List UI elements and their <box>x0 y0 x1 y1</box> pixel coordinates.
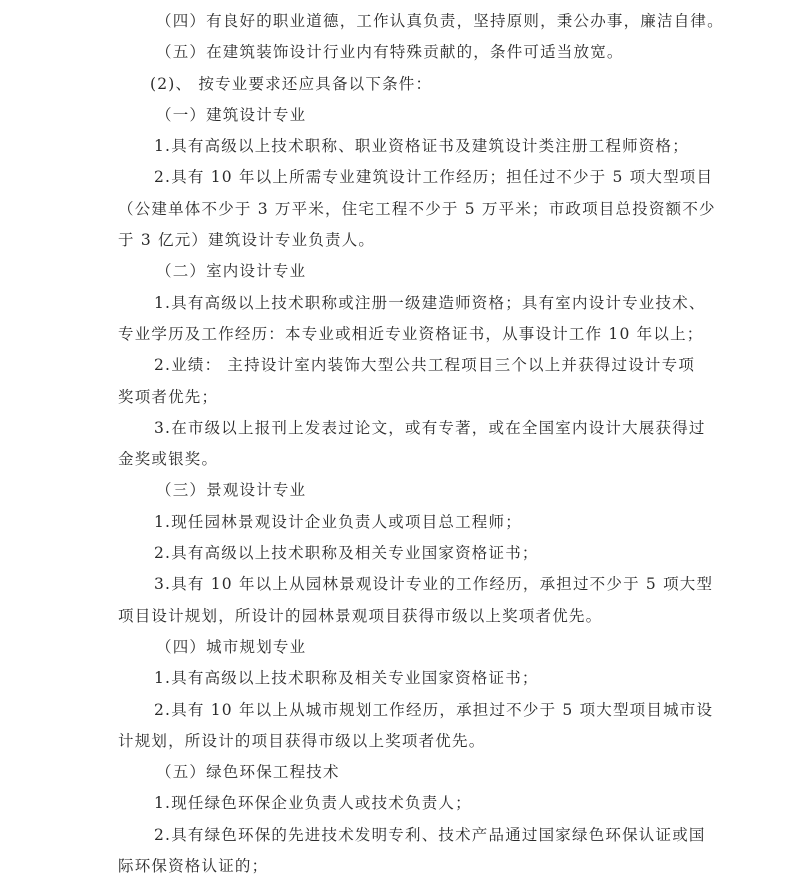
paragraph-line: 1.具有高级以上技术职称及相关专业国家资格证书； <box>118 663 676 694</box>
paragraph-line: 项目设计规划，所设计的园林景观项目获得市级以上奖项者优先。 <box>118 601 676 632</box>
paragraph-line: 专业学历及工作经历：本专业或相近专业资格证书，从事设计工作 10 年以上； <box>118 319 676 350</box>
section-heading-professional-requirements: (2)、 按专业要求还应具备以下条件： <box>118 69 676 100</box>
paragraph-line: 际环保资格认证的； <box>118 851 676 882</box>
paragraph-line: （公建单体不少于 3 万平米，住宅工程不少于 5 万平米；市政项目总投资额不少 <box>118 194 676 225</box>
document-page: （四）有良好的职业道德，工作认真负责，坚持原则，秉公办事，廉洁自律。 （五）在建… <box>118 6 676 882</box>
paragraph-line: 于 3 亿元）建筑设计专业负责人。 <box>118 225 676 256</box>
clause-heading-5-special-contribution: （五）在建筑装饰设计行业内有特殊贡献的，条件可适当放宽。 <box>118 37 676 68</box>
subsection-heading-interior-design: （二）室内设计专业 <box>118 256 676 287</box>
subsection-heading-architectural-design: （一）建筑设计专业 <box>118 100 676 131</box>
clause-heading-4-ethics: （四）有良好的职业道德，工作认真负责，坚持原则，秉公办事，廉洁自律。 <box>118 6 676 37</box>
paragraph-line: 2.具有高级以上技术职称及相关专业国家资格证书； <box>118 538 676 569</box>
subsection-heading-green-environmental: （五）绿色环保工程技术 <box>118 757 676 788</box>
subsection-heading-urban-planning: （四）城市规划专业 <box>118 632 676 663</box>
paragraph-line: 2.具有绿色环保的先进技术发明专利、技术产品通过国家绿色环保认证或国 <box>118 820 676 851</box>
paragraph-line: 1.具有高级以上技术职称或注册一级建造师资格；具有室内设计专业技术、 <box>118 288 676 319</box>
paragraph-line: 计规划，所设计的项目获得市级以上奖项者优先。 <box>118 726 676 757</box>
paragraph-line: 奖项者优先； <box>118 382 676 413</box>
paragraph-line: 1.现任绿色环保企业负责人或技术负责人； <box>118 788 676 819</box>
paragraph-line: 2.业绩： 主持设计室内装饰大型公共工程项目三个以上并获得过设计专项 <box>118 350 676 381</box>
paragraph-line: 1.具有高级以上技术职称、职业资格证书及建筑设计类注册工程师资格； <box>118 131 676 162</box>
paragraph-line: 2.具有 10 年以上所需专业建筑设计工作经历；担任过不少于 5 项大型项目 <box>118 162 676 193</box>
paragraph-line: 3.在市级以上报刊上发表过论文，或有专著，或在全国室内设计大展获得过 <box>118 413 676 444</box>
paragraph-line: 金奖或银奖。 <box>118 444 676 475</box>
subsection-heading-landscape-design: （三）景观设计专业 <box>118 475 676 506</box>
paragraph-line: 2.具有 10 年以上从城市规划工作经历，承担过不少于 5 项大型项目城市设 <box>118 695 676 726</box>
paragraph-line: 1.现任园林景观设计企业负责人或项目总工程师； <box>118 507 676 538</box>
paragraph-line: 3.具有 10 年以上从园林景观设计专业的工作经历，承担过不少于 5 项大型 <box>118 569 676 600</box>
